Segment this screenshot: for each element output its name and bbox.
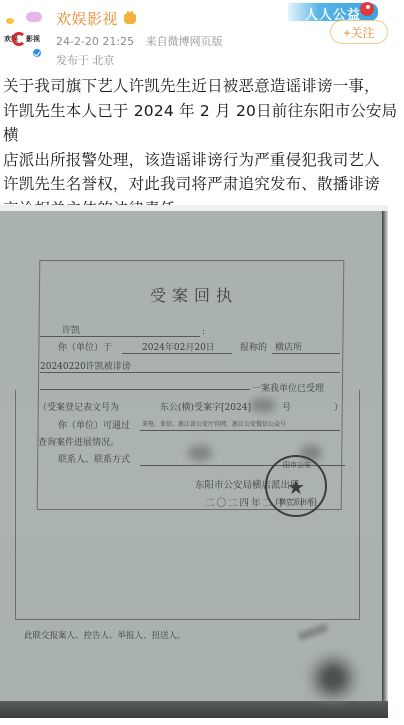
recipient-name: 许凯 xyxy=(62,323,80,336)
stamp-text-top: 阳市公安 xyxy=(283,460,311,470)
post-text-line: 关于我司旗下艺人许凯先生近日被恶意造谣诽谤一事， xyxy=(3,74,401,99)
inquiry-underline xyxy=(140,430,340,431)
avatar[interactable]: 欢娱 影视 xyxy=(2,8,46,58)
inquiry-label: 你（单位）可通过 xyxy=(58,418,130,431)
post-text-line: 店派出所报警处理，该造谣诽谤行为严重侵犯我司艺人 xyxy=(3,148,401,173)
post-header: 欢娱 影视 欢娱影视 24-2-20 21:25 来自微博网页版 发布于 北京 … xyxy=(0,0,404,70)
case-name: 20240220许凯被诽谤 xyxy=(40,359,131,372)
post-body: 关于我司旗下艺人许凯先生近日被恶意造谣诽谤一事， 许凯先生本人已于 2024 年… xyxy=(3,74,401,222)
watermark-blur xyxy=(305,650,361,706)
star-icon: ★ xyxy=(287,475,305,499)
place-underline xyxy=(272,353,340,354)
you-unit-label: 你（单位）于 xyxy=(58,340,112,353)
logo-ring-icon xyxy=(12,32,26,46)
post-timestamp[interactable]: 24-2-20 21:25 xyxy=(56,35,134,48)
inquiry-suffix: 查询案件进展情况。 xyxy=(38,435,119,448)
redacted-contact-name xyxy=(188,445,212,461)
post-meta: 24-2-20 21:25 来自微博网页版 xyxy=(56,34,223,50)
inquiry-channels: 来电、来信、浙江省公安厅官网、浙江公安微信公众号 xyxy=(142,419,286,428)
registration-number: 东公(横)受案字[2024] xyxy=(160,400,251,413)
registration-suffix: 号 xyxy=(282,400,291,413)
image-bottom-margin xyxy=(0,718,388,725)
post-text-line: 许凯先生本人已于 2024 年 2 月 20日前往东阳市公安局横 xyxy=(3,99,401,148)
recipient-underline xyxy=(40,336,200,337)
brand-logo: 欢娱 影视 xyxy=(4,32,42,46)
reported-label: 报称的 xyxy=(240,340,267,353)
stamp-text-bottom: 横店派出所 xyxy=(279,497,314,507)
bird-mascot-icon xyxy=(360,2,374,16)
verified-badge-icon xyxy=(32,48,42,58)
redacted-number xyxy=(250,398,276,412)
follow-button[interactable]: +关注 xyxy=(330,20,388,44)
close-paren: ） xyxy=(334,400,343,413)
logo-text-right: 影视 xyxy=(26,34,40,44)
accepted-text: 一案我单位已受理 xyxy=(252,381,324,394)
date-underline xyxy=(122,353,232,354)
official-stamp: 阳市公安 ★ 横店派出所 xyxy=(265,455,327,517)
post-location: 发布于 北京 xyxy=(56,52,115,68)
case-underline xyxy=(40,372,340,373)
author-row: 欢娱影视 xyxy=(56,8,136,29)
reported-place: 横店所 xyxy=(275,340,302,353)
post-image[interactable]: 受案回执 许凯 : 你（单位）于 2024年02月20日 报称的 横店所 202… xyxy=(0,205,388,725)
document-title: 受案回执 xyxy=(0,283,388,306)
cloud-decoration-icon xyxy=(26,12,42,22)
contact-label: 联系人、联系方式 xyxy=(58,452,130,465)
post-source: 来自微博网页版 xyxy=(146,35,223,48)
registration-label: （受案登记表文号为 xyxy=(38,400,119,413)
footer-note: 此联交报案人、控告人、举报人、扭送人。 xyxy=(24,629,186,641)
crown-icon xyxy=(124,14,136,24)
star-decoration-icon xyxy=(6,18,14,24)
post-text-line: 许凯先生名誉权，对此我司将严肃追究发布、散播诽谤 xyxy=(3,172,401,197)
colon: : xyxy=(202,327,205,337)
report-date: 2024年02月20日 xyxy=(142,340,215,353)
blank-underline xyxy=(40,389,250,390)
author-name[interactable]: 欢娱影视 xyxy=(56,8,118,29)
